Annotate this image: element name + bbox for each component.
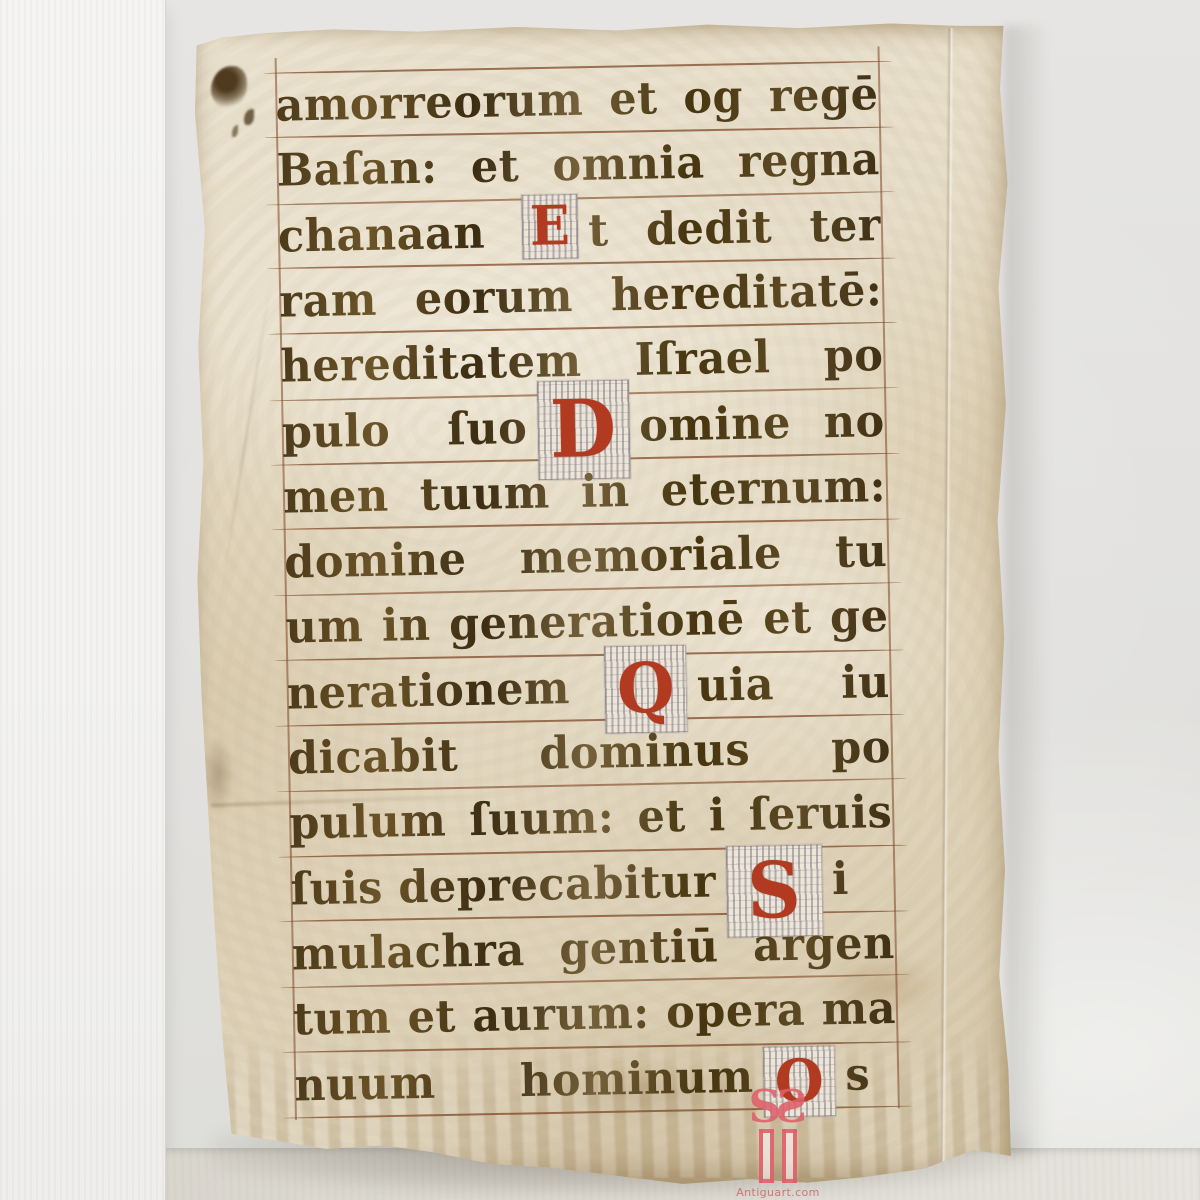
line-text: pulo ſuo — [281, 402, 528, 466]
monogram-s-left: S — [749, 1080, 779, 1133]
manuscript-leaf: amorreorum et og regē Baſan: et omnia re… — [185, 20, 1015, 1185]
line-text: nerationem — [286, 662, 595, 727]
background-side-panel — [0, 0, 166, 1200]
line-text: chanaan — [278, 207, 513, 271]
watermark: SS Antiguart.com — [731, 1088, 825, 1199]
line-text: s — [845, 1048, 898, 1108]
rubricated-letter: E — [530, 202, 571, 251]
watermark-pillars — [731, 1129, 825, 1183]
monogram-s-right-mirrored: S — [778, 1088, 808, 1126]
leaf-wall-shadow — [1004, 26, 1060, 1156]
line-text: t dedit ter — [588, 200, 882, 265]
photo-of-manuscript-leaf: amorreorum et og regē Baſan: et omnia re… — [0, 0, 1200, 1200]
watermark-site-text: Antiguart.com — [731, 1186, 825, 1199]
pillar-icon — [759, 1129, 774, 1183]
line-text: i — [831, 852, 894, 912]
line-text: omine no — [639, 395, 886, 459]
illuminated-initial-e: E — [521, 194, 578, 260]
line-text: uia iu — [697, 656, 891, 719]
pillar-icon — [782, 1129, 797, 1183]
rubricated-letter: D — [549, 394, 617, 466]
line-text: nuum hominum — [294, 1051, 754, 1119]
ruled-text-block: amorreorum et og regē Baſan: et omnia re… — [174, 6, 1026, 1187]
rubricated-letter: Q — [617, 658, 676, 721]
watermark-monogram: SS — [731, 1088, 825, 1126]
